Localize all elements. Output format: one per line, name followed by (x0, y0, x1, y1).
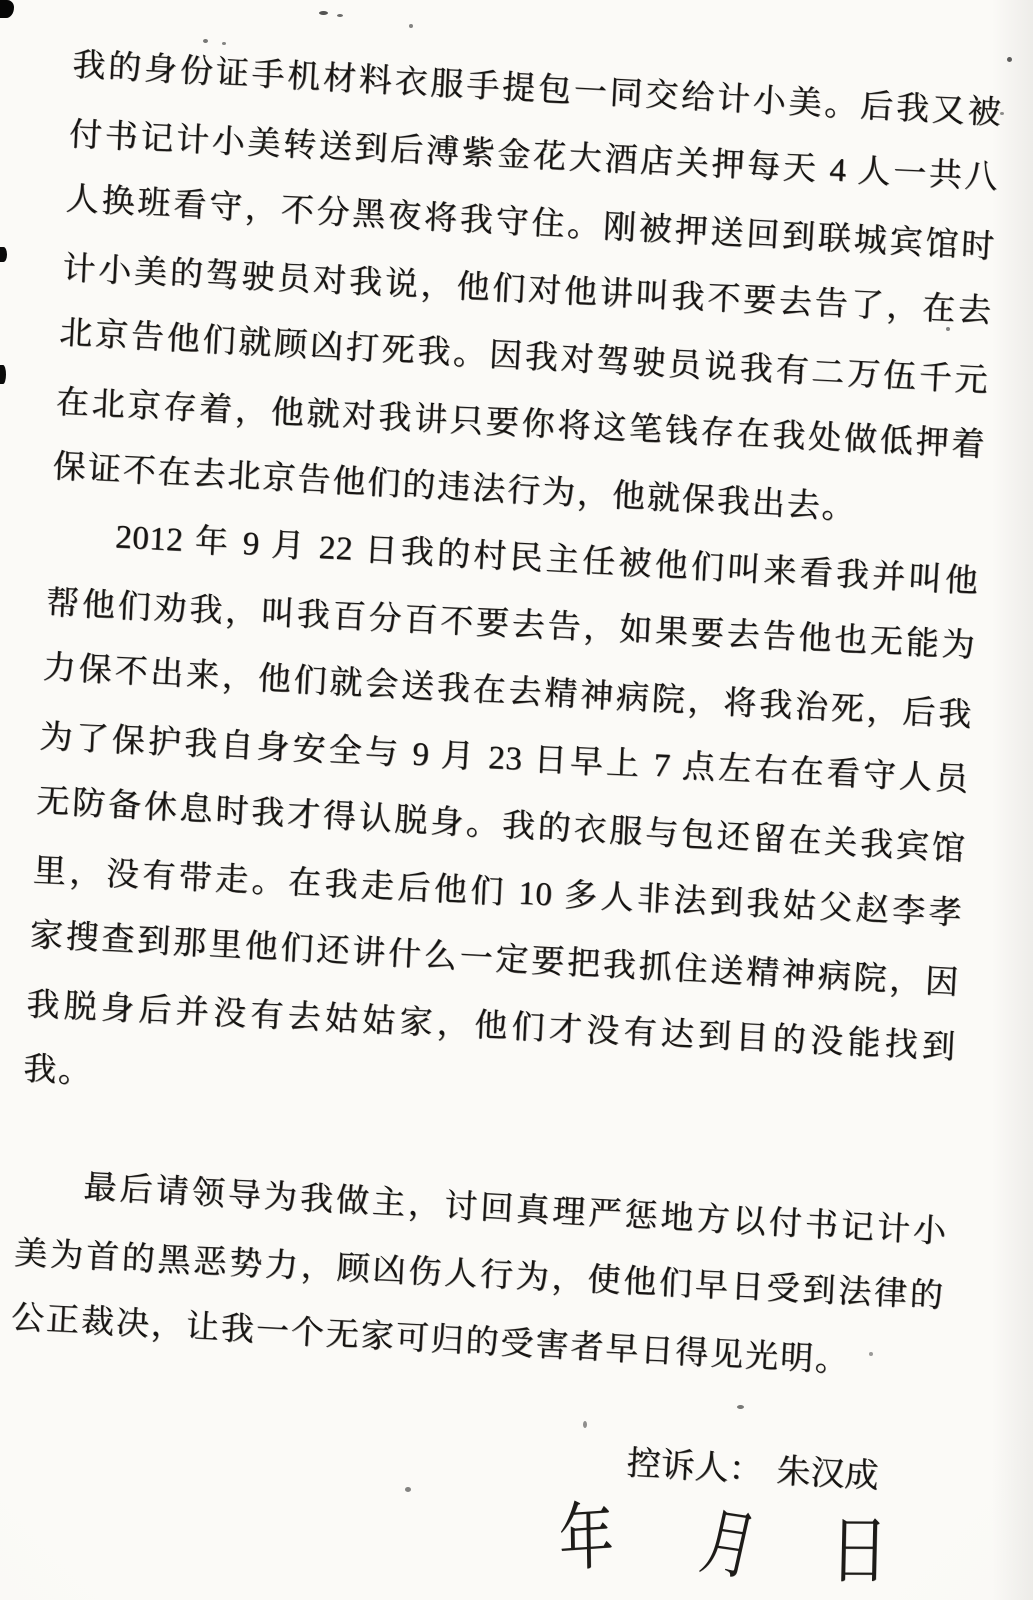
paragraph-3: 最后请领导为我做主，讨回真理严惩地方以付书记计小 美为首的黑恶势力，顾凶伤人行为… (9, 1153, 948, 1399)
scan-artifact (583, 1421, 587, 1428)
scan-artifact (1000, 112, 1004, 115)
document-text-block: 我的身份证手机材料衣服手提包一同交给计小美。后我又被 付书记计小美转送到后溥紫金… (0, 34, 1003, 1600)
complainant-label: 控诉人： (625, 1436, 764, 1498)
paragraph-2: 2012 年 9 月 22 日我的村民主任被他们叫来看我并叫他 帮他们劝我，叫我… (22, 502, 980, 1150)
scan-artifact (203, 39, 208, 43)
paragraph-1: 我的身份证手机材料衣服手提包一同交给计小美。后我又被 付书记计小美转送到后溥紫金… (51, 34, 1003, 548)
scan-artifact (737, 1405, 744, 1409)
scanned-document-page: 我的身份证手机材料衣服手提包一同交给计小美。后我又被 付书记计小美转送到后溥紫金… (0, 0, 1033, 1600)
scan-artifact (869, 1352, 873, 1356)
scan-artifact (946, 327, 950, 331)
scan-artifact (222, 42, 226, 45)
scan-artifact (337, 14, 343, 17)
scan-artifact (405, 1487, 411, 1492)
scan-artifact-corner-blob (0, 0, 14, 18)
scan-artifact (140, 1267, 145, 1271)
date-year-character: 年 (558, 1493, 614, 1585)
date-day-character: 日 (829, 1508, 889, 1596)
scan-artifact (409, 24, 413, 28)
scan-artifact (0, 365, 6, 384)
scan-artifact (319, 11, 328, 15)
scan-artifact (1007, 57, 1012, 62)
scan-artifact (0, 247, 7, 262)
date-month-character: 月 (693, 1499, 763, 1594)
complainant-name: 朱汉成 (775, 1444, 880, 1504)
